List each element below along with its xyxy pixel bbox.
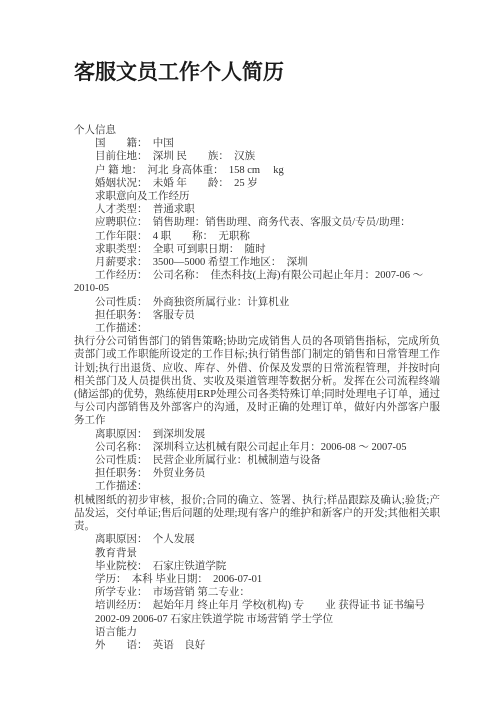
resume-line: 公司性质： 民营企业所属行业：机械制造与设备 — [74, 454, 440, 467]
resume-line: 国 籍： 中国 — [74, 137, 440, 150]
resume-line: 离职原因： 个人发展 — [74, 533, 440, 546]
resume-line: 公司性质： 外商独资所属行业：计算机业 — [74, 296, 440, 309]
resume-line: 公司名称： 深圳科立达机械有限公司起止年月：2006-08 ～ 2007-05 — [74, 441, 440, 454]
resume-page: 客服文员工作个人简历 个人信息国 籍： 中国目前住地： 深圳 民 族： 汉族户 … — [74, 59, 440, 652]
resume-line: 求职类型： 全职 可到职日期： 随时 — [74, 243, 440, 256]
resume-line: 语言能力 — [74, 626, 440, 639]
resume-line: 应聘职位： 销售助理：销售助理、商务代表、客服文员/专员/助理： — [74, 216, 440, 229]
resume-line: 2002-09 2006-07 石家庄铁道学院 市场营销 学士学位 — [74, 613, 440, 626]
description-paragraph: 机械图纸的初步审核，报价;合同的确立、签署、执行;样品跟踪及确认;验货;产品发运… — [74, 494, 440, 534]
resume-line: 工作经历： 公司名称： 佳杰科技(上海)有限公司起止年月：2007-06 ～ 2… — [74, 269, 440, 295]
resume-line: 工作描述： — [74, 480, 440, 493]
resume-line: 外 语： 英语 良好 — [74, 639, 440, 652]
resume-line: 求职意向及工作经历 — [74, 190, 440, 203]
resume-line: 月薪要求： 3500—5000 希望工作地区： 深圳 — [74, 256, 440, 269]
resume-line: 婚姻状况： 未婚 年 龄： 25 岁 — [74, 177, 440, 190]
resume-line: 目前住地： 深圳 民 族： 汉族 — [74, 150, 440, 163]
page-title: 客服文员工作个人简历 — [74, 59, 440, 85]
resume-line: 户 籍 地： 河北 身高体重： 158 cm kg — [74, 164, 440, 177]
resume-line: 学历： 本科 毕业日期： 2006-07-01 — [74, 573, 440, 586]
resume-line: 工作描述： — [74, 322, 440, 335]
resume-line: 离职原因： 到深圳发展 — [74, 428, 440, 441]
resume-line: 毕业院校： 石家庄铁道学院 — [74, 560, 440, 573]
resume-line: 人才类型： 普通求职 — [74, 203, 440, 216]
description-paragraph: 执行分公司销售部门的销售策略;协助完成销售人员的各项销售指标，完成所负责部门或工… — [74, 335, 440, 427]
resume-line: 教育背景 — [74, 547, 440, 560]
section-heading: 个人信息 — [74, 124, 440, 137]
resume-line: 所学专业： 市场营销 第二专业： — [74, 586, 440, 599]
resume-body: 个人信息国 籍： 中国目前住地： 深圳 民 族： 汉族户 籍 地： 河北 身高体… — [74, 124, 440, 652]
resume-line: 担任职务： 外贸业务员 — [74, 467, 440, 480]
resume-line: 担任职务： 客服专员 — [74, 309, 440, 322]
resume-line: 培训经历： 起始年月 终止年月 学校(机构) 专 业 获得证书 证书编号 — [74, 599, 440, 612]
resume-line: 工作年限： 4 职 称： 无职称 — [74, 230, 440, 243]
